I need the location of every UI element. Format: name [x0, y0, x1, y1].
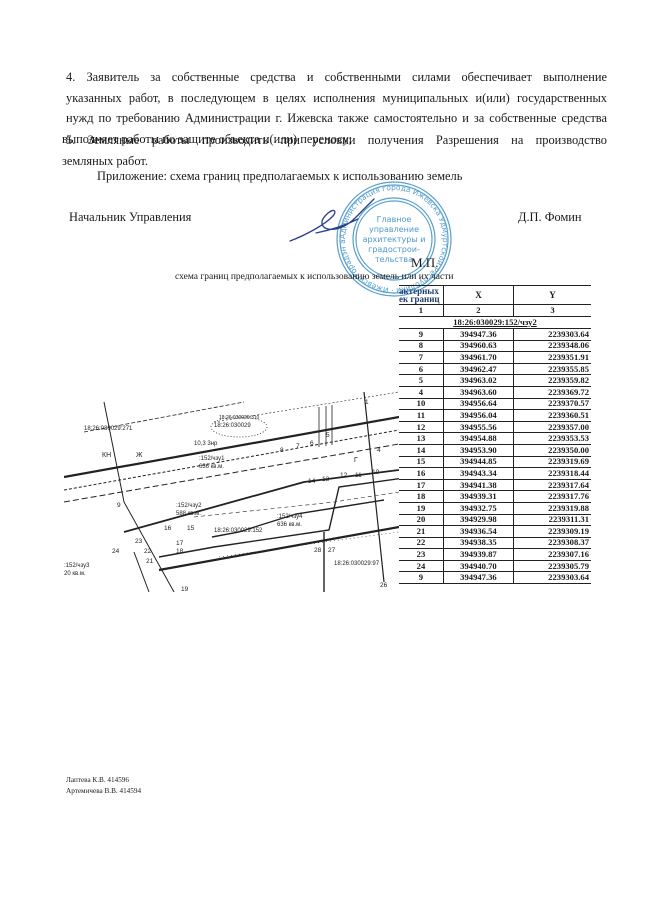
cell-x: 394956.64	[443, 398, 513, 410]
cell-point: 9	[399, 572, 443, 584]
cell-point: 19	[399, 502, 443, 514]
table-row: 13394954.882239353.53	[399, 433, 591, 445]
map-misc-label: КН	[102, 452, 111, 459]
stamp-line-1: Главное	[377, 215, 412, 224]
cell-x: 394943.34	[443, 468, 513, 480]
zone-area: 636 кв.м.	[277, 522, 302, 528]
map-point-label: 14	[308, 478, 316, 485]
cell-y: 2239309.19	[513, 526, 591, 538]
table-row: 17394941.382239317.64	[399, 479, 591, 491]
cell-point: 23	[399, 549, 443, 561]
cell-x: 394963.02	[443, 375, 513, 387]
cell-point: 8	[399, 340, 443, 352]
table-row: 6394962.472239355.85	[399, 363, 591, 375]
cell-y: 2239351.91	[513, 352, 591, 364]
cell-x: 394936.54	[443, 526, 513, 538]
cell-x: 394953.90	[443, 444, 513, 456]
signatory-name: Д.П. Фомин	[518, 210, 582, 225]
table-row: 14394953.902239350.00	[399, 444, 591, 456]
cell-point: 10	[399, 398, 443, 410]
signatory-position: Начальник Управления	[69, 210, 191, 225]
cell-y: 2239369.72	[513, 386, 591, 398]
coordinates-body: 9394947.362239303.648394960.632239348.06…	[399, 329, 591, 584]
cell-x: 394963.60	[443, 386, 513, 398]
executors: Лаптева К.В. 414596 Артемичева В.В. 4145…	[66, 775, 141, 796]
map-parcel-label: 18:26:030029	[214, 423, 251, 429]
table-row: 18394939.312239317.76	[399, 491, 591, 503]
column-number-3: 3	[513, 305, 591, 317]
cell-y: 2239359.82	[513, 375, 591, 387]
cell-y: 2239305.79	[513, 560, 591, 572]
table-row: 19394932.752239319.88	[399, 502, 591, 514]
map-point-label: 11	[355, 472, 362, 479]
map-point-label: 12	[340, 472, 348, 479]
cell-point: 20	[399, 514, 443, 526]
zone-area: 636 кв.м.	[199, 464, 224, 470]
table-row: 9394947.362239303.64	[399, 329, 591, 341]
cell-y: 2239307.16	[513, 549, 591, 561]
cell-x: 394932.75	[443, 502, 513, 514]
cell-x: 394960.63	[443, 340, 513, 352]
map-point-label: 6	[310, 440, 314, 447]
cell-y: 2239348.06	[513, 340, 591, 352]
table-row: 20394929.982239311.31	[399, 514, 591, 526]
map-parcel-label: 18:26:030029:271	[84, 426, 133, 432]
map-point-label: 27	[328, 547, 336, 554]
cell-x: 394955.56	[443, 421, 513, 433]
map-point-label: 18	[176, 548, 184, 555]
zone-area: 588 кв.м.	[176, 511, 201, 517]
coordinates-table: актерных ек границ X Y 1 2 3 18:26:03002…	[399, 285, 591, 584]
cell-point: 4	[399, 386, 443, 398]
zone-label: :152/чзу2	[176, 503, 202, 509]
paragraph-4-line-3: нужд по требованию Администрации г. Ижев…	[62, 108, 607, 129]
cell-y: 2239360.51	[513, 410, 591, 422]
cell-y: 2239355.85	[513, 363, 591, 375]
cell-y: 2239303.64	[513, 329, 591, 341]
paragraph-5-line-2: земляных работ.	[62, 154, 148, 168]
map-point-label: 7	[296, 443, 300, 450]
cell-point: 22	[399, 537, 443, 549]
cell-y: 2239319.88	[513, 502, 591, 514]
cell-y: 2239311.31	[513, 514, 591, 526]
executor-1: Лаптева К.В. 414596	[66, 775, 141, 786]
table-row: 11394956.042239360.51	[399, 410, 591, 422]
table-row: 12394955.562239357.00	[399, 421, 591, 433]
column-number-row: 1 2 3	[399, 305, 591, 317]
map-point-label: 8	[280, 447, 284, 454]
map-point-label: 21	[146, 558, 154, 565]
cell-point: 11	[399, 410, 443, 422]
cell-point: 21	[399, 526, 443, 538]
cell-y: 2239317.64	[513, 479, 591, 491]
map-point-label: 22	[144, 548, 152, 555]
map-point-label: 10	[372, 469, 380, 476]
map-point-label: 19	[181, 586, 189, 592]
table-row: 10394956.642239370.57	[399, 398, 591, 410]
cadastral-map: 18:26:030029:271 18:26:030029 18:26:0300…	[64, 382, 399, 592]
table-row: 24394940.702239305.79	[399, 560, 591, 572]
table-row: 9394947.362239303.64	[399, 572, 591, 584]
paragraph-4-line-2: указанных работ, в последующем в целях и…	[62, 88, 607, 109]
map-point-label: 13	[322, 476, 330, 483]
cell-x: 394944.85	[443, 456, 513, 468]
cell-x: 394961.70	[443, 352, 513, 364]
map-point-label: 1	[365, 399, 369, 406]
map-point-label: 26	[380, 582, 388, 589]
map-point-label: 24	[112, 548, 120, 555]
parcel-id: 18:26:030029:152/чзу2	[399, 317, 591, 329]
cell-point: 24	[399, 560, 443, 572]
header-points-line-2: ек границ	[399, 294, 440, 304]
table-row: 4394963.602239369.72	[399, 386, 591, 398]
map-point-label: 28	[314, 547, 322, 554]
handwritten-signature	[286, 195, 376, 245]
cell-x: 394954.88	[443, 433, 513, 445]
map-misc-label: Г	[354, 457, 358, 464]
map-point-label: 4	[377, 447, 381, 454]
cell-point: 7	[399, 352, 443, 364]
cell-x: 394940.70	[443, 560, 513, 572]
cell-y: 2239353.53	[513, 433, 591, 445]
zone-label: :152/чзу1	[199, 456, 225, 462]
stamp-line-5: тельства	[375, 255, 413, 264]
table-row: 15394944.852239319.69	[399, 456, 591, 468]
cell-y: 2239303.64	[513, 572, 591, 584]
paragraph-5: 5. Земляные работы производить при услов…	[62, 130, 607, 171]
cell-y: 2239319.69	[513, 456, 591, 468]
map-point-label: 16	[164, 525, 172, 532]
map-point-label: 23	[135, 538, 143, 545]
cell-y: 2239357.00	[513, 421, 591, 433]
cell-point: 15	[399, 456, 443, 468]
cell-point: 14	[399, 444, 443, 456]
cell-x: 394962.47	[443, 363, 513, 375]
cell-y: 2239318.44	[513, 468, 591, 480]
cell-point: 16	[399, 468, 443, 480]
column-number-1: 1	[399, 305, 443, 317]
cell-point: 18	[399, 491, 443, 503]
header-points: актерных ек границ	[399, 286, 443, 305]
cell-x: 394941.38	[443, 479, 513, 491]
cell-x: 394947.36	[443, 329, 513, 341]
cell-point: 9	[399, 329, 443, 341]
executor-2: Артемичева В.В. 414594	[66, 786, 141, 797]
table-row: 7394961.702239351.91	[399, 352, 591, 364]
cell-x: 394939.31	[443, 491, 513, 503]
zone-area: 20 кв.м.	[64, 571, 86, 577]
schema-title: схема границ предполагаемых к использова…	[175, 272, 453, 282]
cell-point: 6	[399, 363, 443, 375]
table-row: 21394936.542239309.19	[399, 526, 591, 538]
cell-y: 2239370.57	[513, 398, 591, 410]
seal-place-mark: М.П.	[411, 255, 438, 271]
table-row: 23394939.872239307.16	[399, 549, 591, 561]
table-row: 8394960.632239348.06	[399, 340, 591, 352]
cell-y: 2239317.76	[513, 491, 591, 503]
stamp-line-2: управление	[369, 225, 419, 234]
table-row: 16394943.342239318.44	[399, 468, 591, 480]
table-header-row: актерных ек границ X Y	[399, 286, 591, 305]
cell-y: 2239350.00	[513, 444, 591, 456]
map-point-label: 9	[117, 502, 121, 509]
map-point-label: 5	[326, 432, 330, 439]
map-parcel-label: 18:26:030029:310	[219, 415, 260, 421]
cell-point: 12	[399, 421, 443, 433]
parcel-row: 18:26:030029:152/чзу2	[399, 317, 591, 329]
header-x: X	[443, 286, 513, 305]
cell-x: 394938.35	[443, 537, 513, 549]
cell-x: 394939.87	[443, 549, 513, 561]
cell-point: 17	[399, 479, 443, 491]
zone-label: :152/чзу3	[64, 563, 90, 569]
map-point-label: 17	[176, 540, 184, 547]
map-point-label: 15	[187, 525, 195, 532]
cell-point: 5	[399, 375, 443, 387]
zone-label: :152/чзу4	[277, 514, 303, 520]
map-misc-label: Ж	[136, 452, 143, 459]
map-misc-label: 10,3 3нр	[194, 441, 218, 447]
map-parcel-label: 18:26:030029:97	[334, 561, 380, 567]
table-row: 22394938.352239308.37	[399, 537, 591, 549]
paragraph-4-line-1: 4. Заявитель за собственные средства и с…	[62, 67, 607, 88]
map-parcel-label: 18:26:030029:152	[214, 528, 263, 534]
table-row: 5394963.022239359.82	[399, 375, 591, 387]
cell-x: 394947.36	[443, 572, 513, 584]
cell-x: 394956.04	[443, 410, 513, 422]
header-y: Y	[513, 286, 591, 305]
stamp-line-4: градострои-	[368, 245, 420, 254]
column-number-2: 2	[443, 305, 513, 317]
paragraph-5-line-1: 5. Земляные работы производить при услов…	[62, 130, 607, 151]
cell-x: 394929.98	[443, 514, 513, 526]
cell-point: 13	[399, 433, 443, 445]
cell-y: 2239308.37	[513, 537, 591, 549]
